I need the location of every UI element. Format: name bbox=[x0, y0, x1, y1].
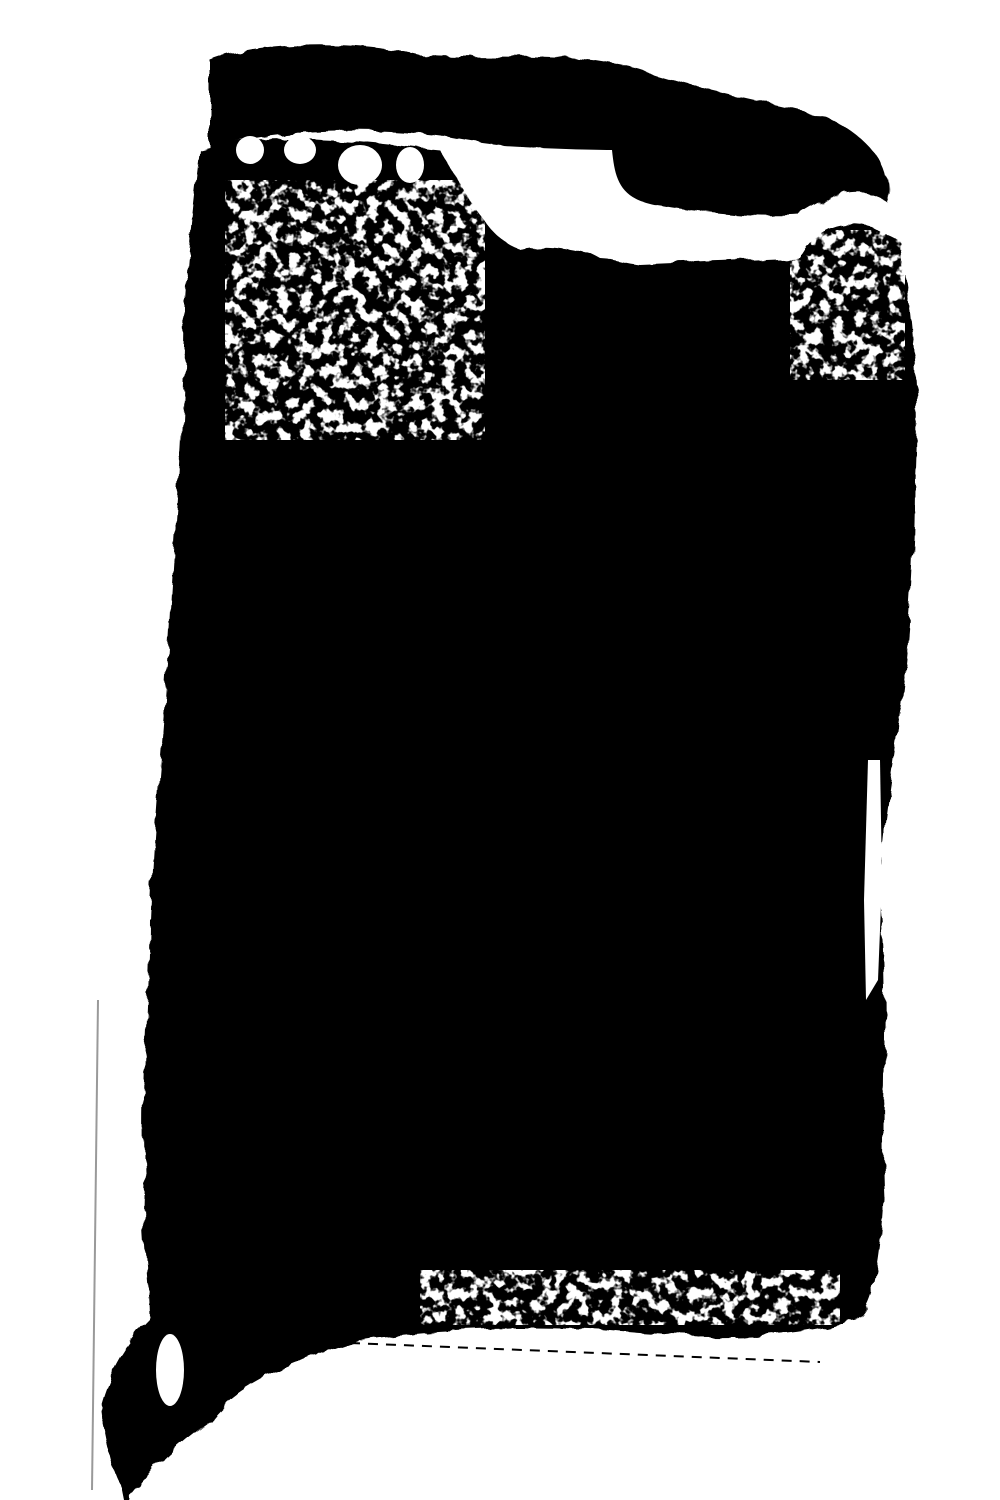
left-edge-line bbox=[92, 1000, 98, 1490]
ink-texture bbox=[0, 0, 1000, 1500]
bottom-dash-trace bbox=[350, 1343, 820, 1362]
